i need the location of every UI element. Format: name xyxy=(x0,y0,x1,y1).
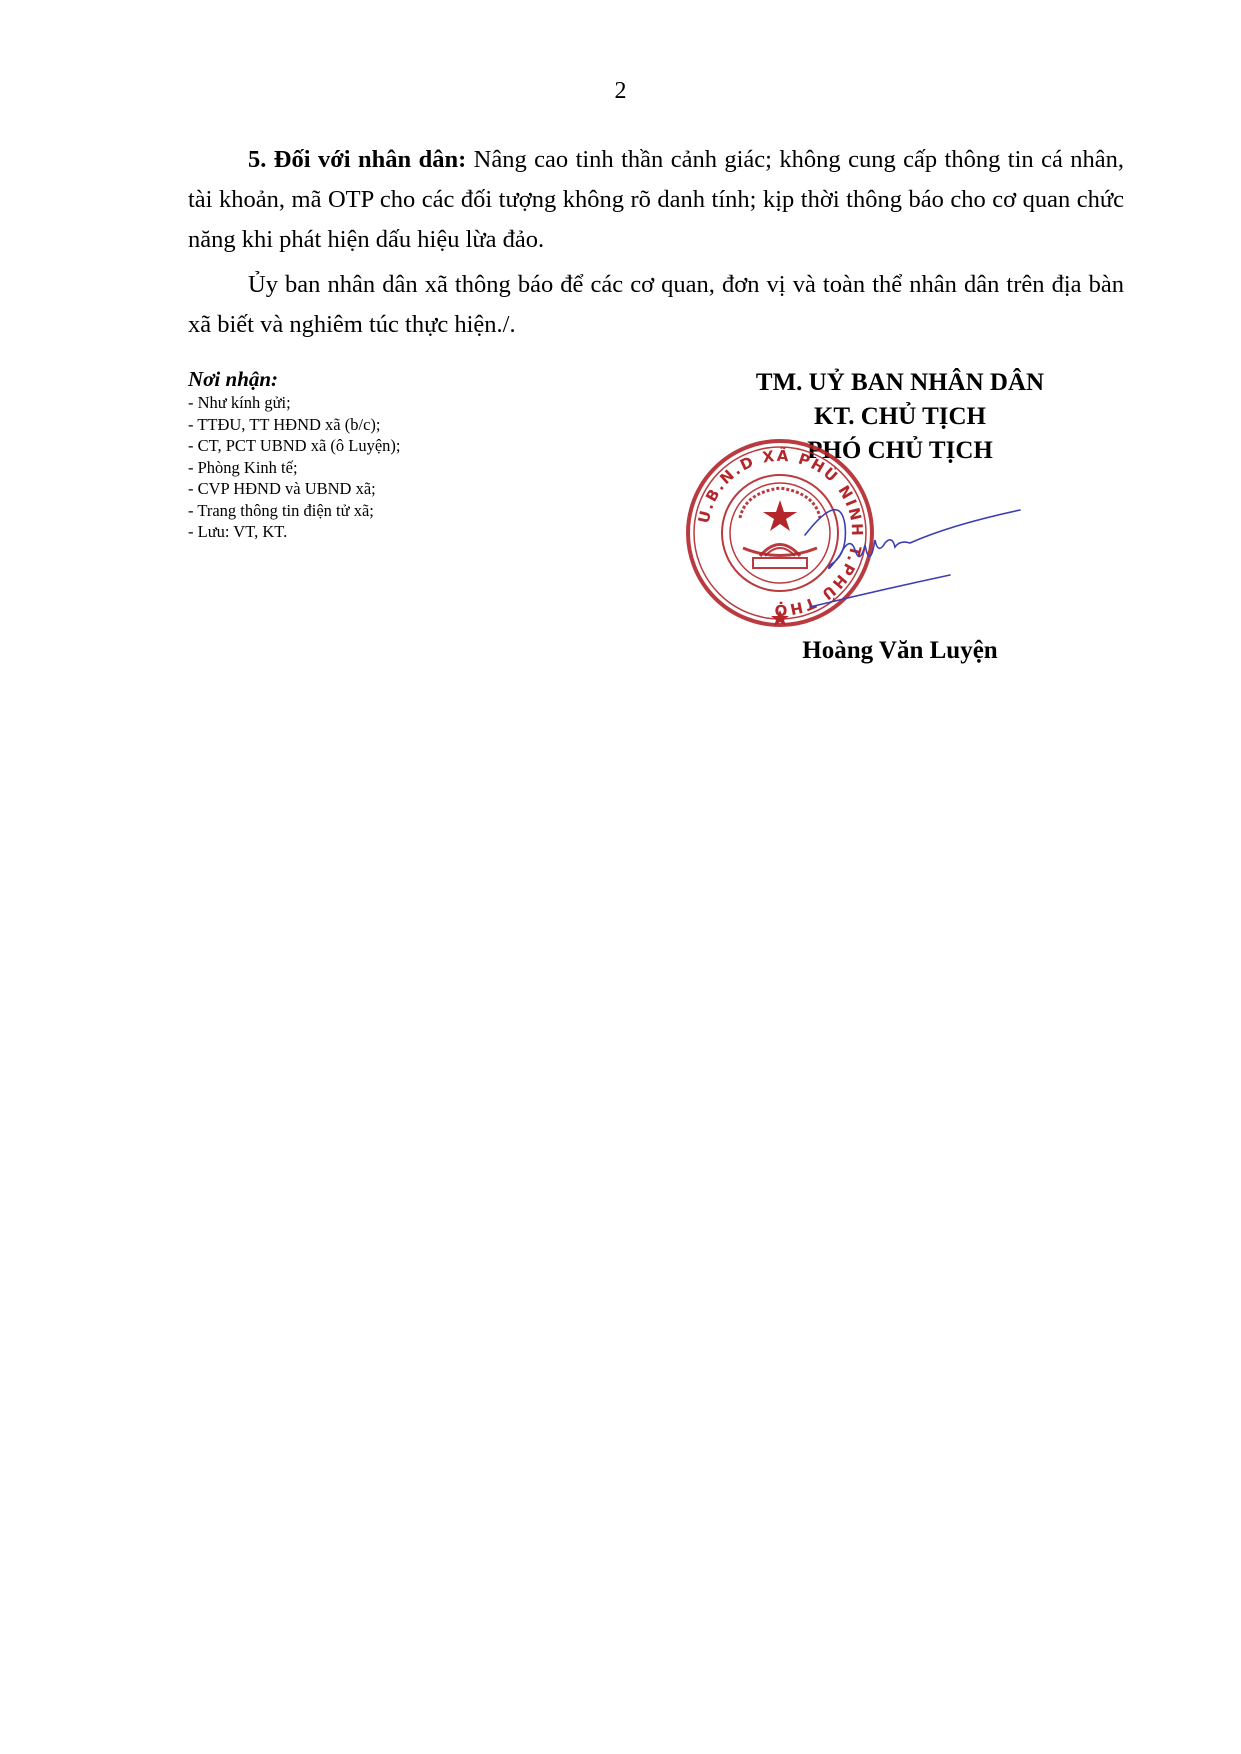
recipients-list: - Như kính gửi; - TTĐU, TT HĐND xã (b/c)… xyxy=(188,392,528,543)
paragraph-heading: 5. Đối với nhân dân: xyxy=(248,146,466,173)
recipient-item: - Trang thông tin điện tử xã; xyxy=(188,500,528,522)
recipient-item: - CT, PCT UBND xã (ô Luyện); xyxy=(188,435,528,457)
page-number: 2 xyxy=(0,78,1241,105)
signer-authority: KT. CHỦ TỊCH xyxy=(700,400,1100,434)
recipients-block: Nơi nhận: - Như kính gửi; - TTĐU, TT HĐN… xyxy=(188,366,528,543)
recipient-item: - Lưu: VT, KT. xyxy=(188,521,528,543)
signature-icon xyxy=(800,495,1040,615)
paragraph-text: Ủy ban nhân dân xã thông báo để các cơ q… xyxy=(188,271,1124,338)
paragraph-closing: Ủy ban nhân dân xã thông báo để các cơ q… xyxy=(188,265,1124,345)
recipients-title: Nơi nhận: xyxy=(188,366,528,392)
recipient-item: - CVP HĐND và UBND xã; xyxy=(188,478,528,500)
recipient-item: - Như kính gửi; xyxy=(188,392,528,414)
paragraph-citizens: 5. Đối với nhân dân: Nâng cao tinh thần … xyxy=(188,140,1124,260)
recipient-item: - TTĐU, TT HĐND xã (b/c); xyxy=(188,414,528,436)
signer-name: Hoàng Văn Luyện xyxy=(700,637,1100,665)
recipient-item: - Phòng Kinh tế; xyxy=(188,457,528,479)
signer-org: TM. UỶ BAN NHÂN DÂN xyxy=(700,366,1100,400)
